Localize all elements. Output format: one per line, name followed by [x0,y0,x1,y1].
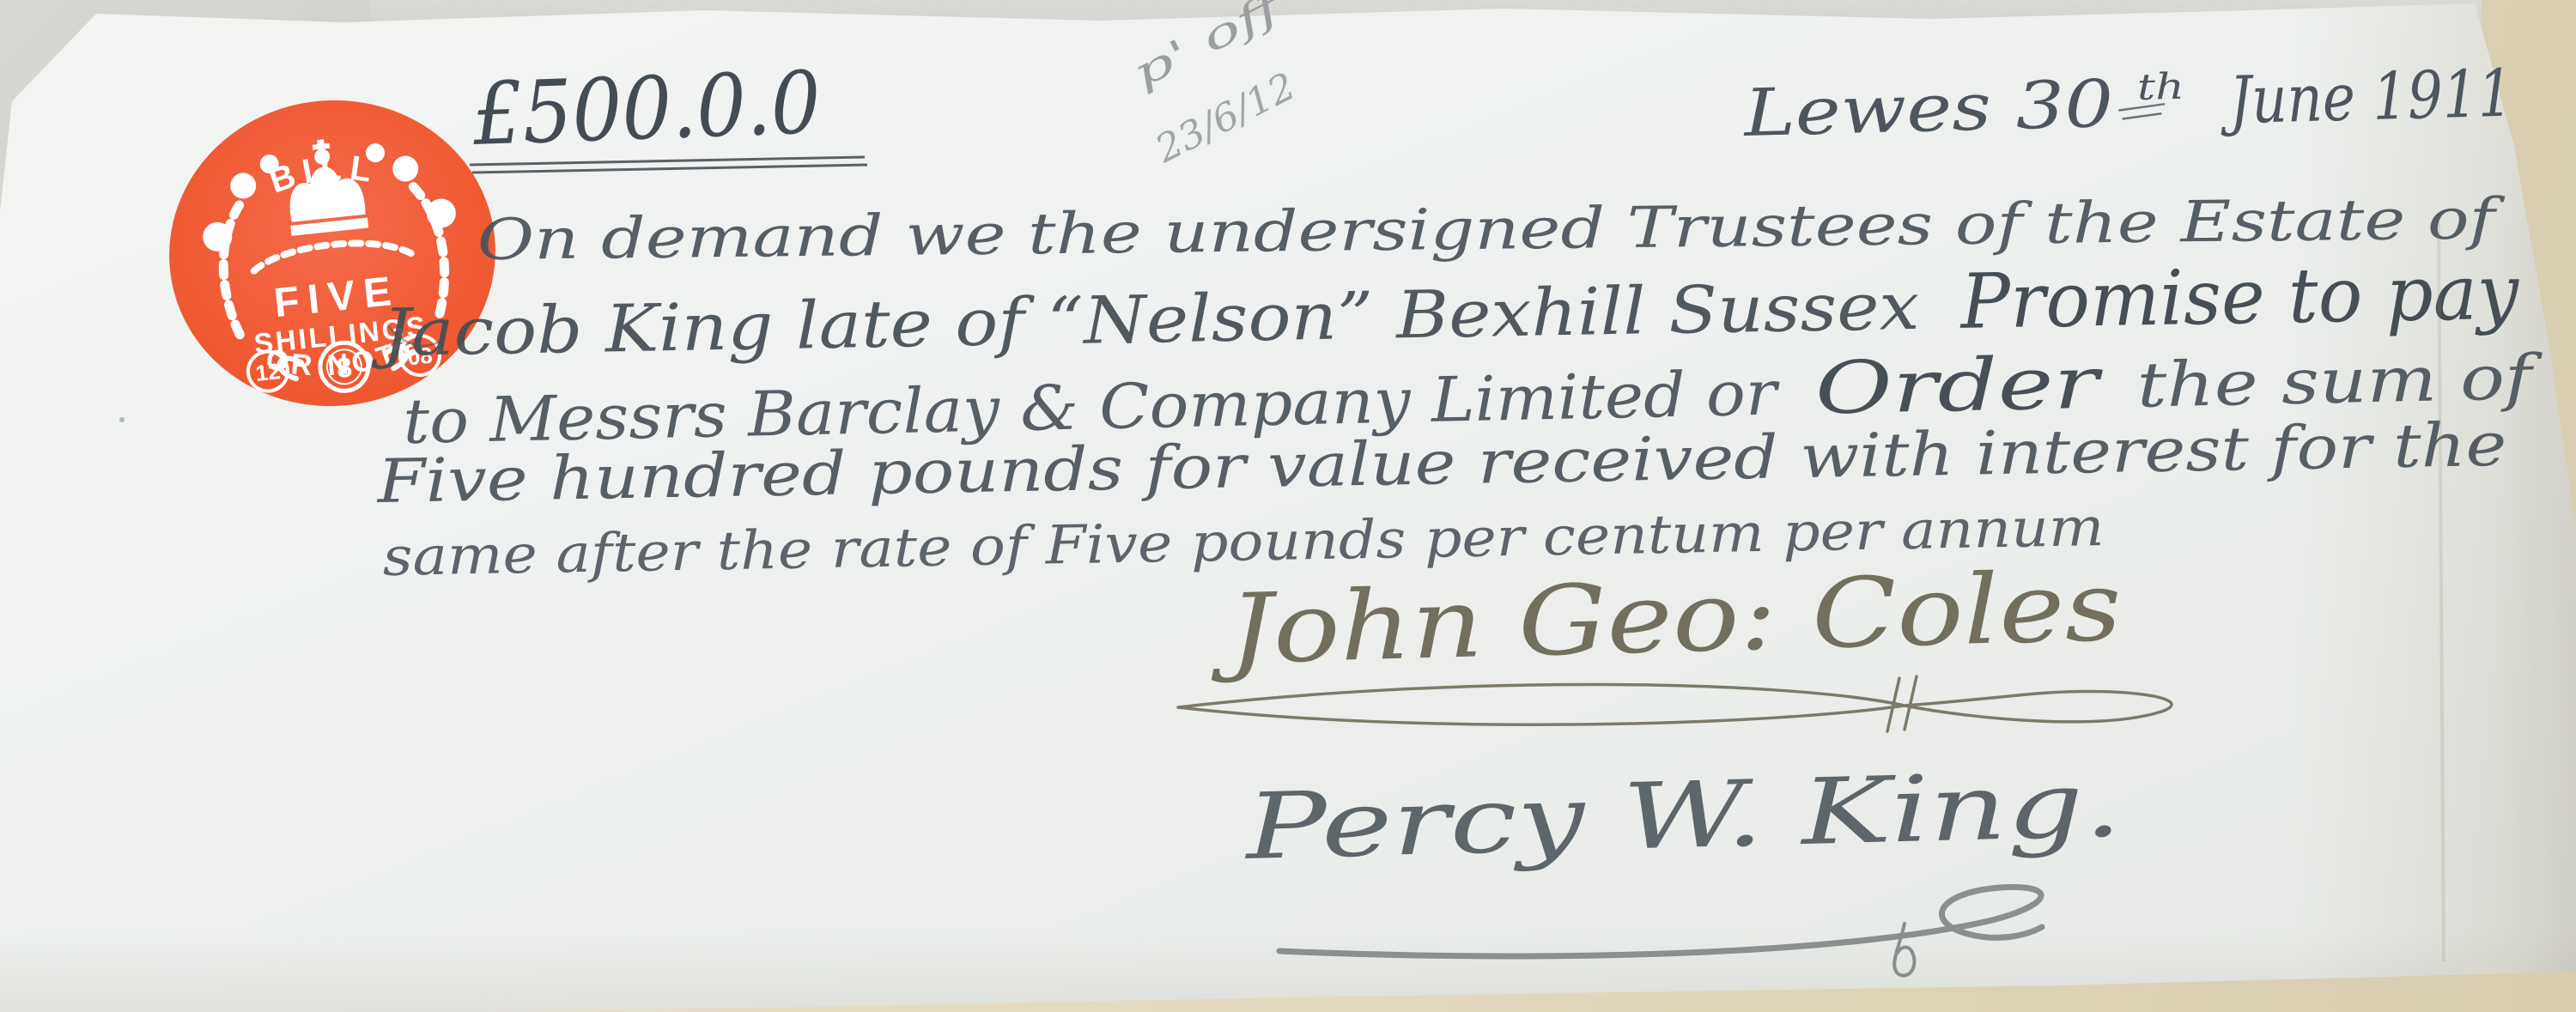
dateline-text: Lewes 30 th June 1911 [1741,29,2514,151]
handwriting-layer: BILL FIVE SHILLINGS [0,0,2576,1012]
signature-1-flourish [1178,676,2172,731]
bill-stamp: BILL FIVE SHILLINGS [154,84,510,422]
promissory-note-photo: BILL FIVE SHILLINGS [0,0,2576,1012]
ink-dot [119,417,125,422]
signature-2: Percy W. King. [1242,751,2123,880]
amount-text: £500.0.0 [471,52,823,165]
signature-1: John Geo: Coles [1208,551,2123,687]
signature-2-flourish [1279,888,2042,976]
